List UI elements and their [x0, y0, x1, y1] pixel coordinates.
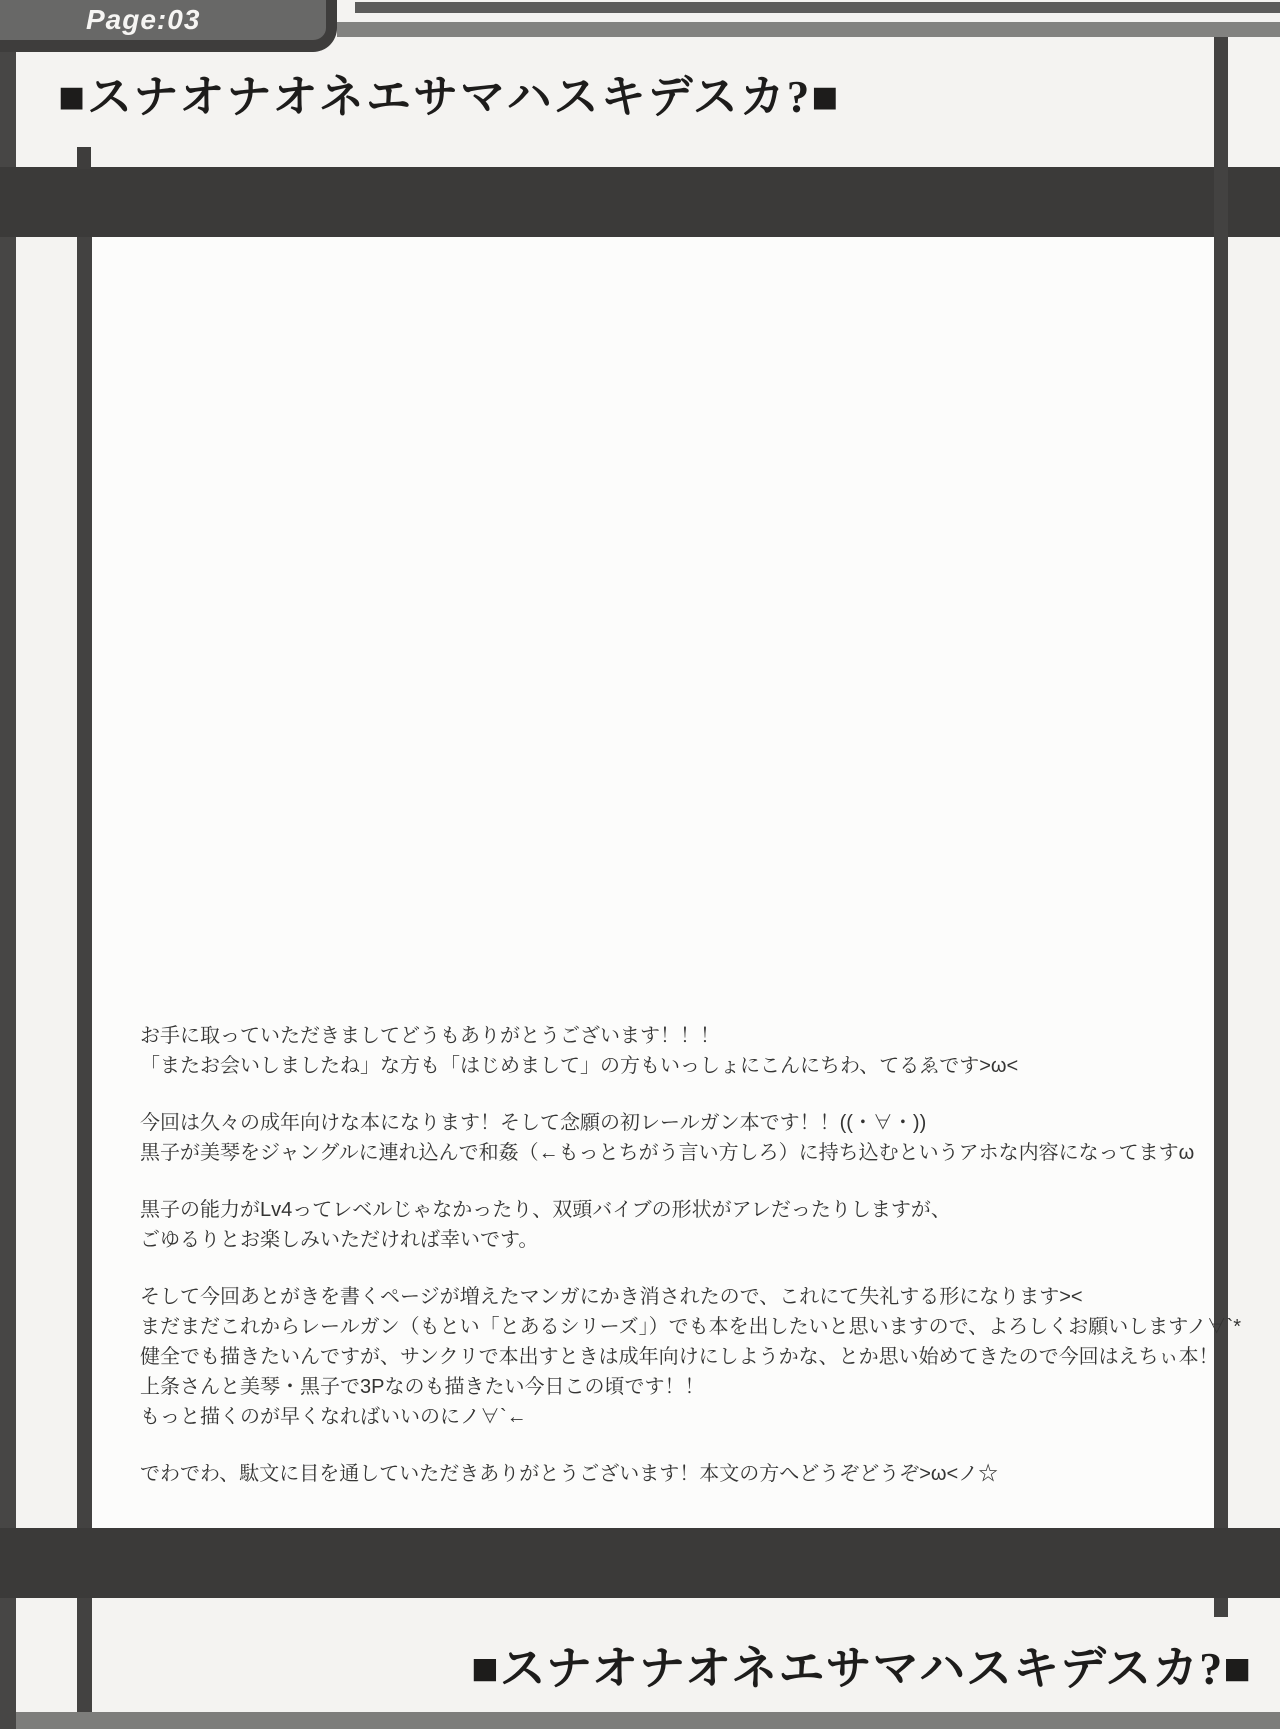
frame-band-top — [0, 167, 1280, 237]
afterword-paragraph: 黒子の能力がLv4ってレベルじゃなかったり、双頭バイブの形状がアレだったりします… — [140, 1195, 1200, 1255]
page-number-tab: Page:03 — [0, 0, 337, 52]
afterword-text: お手に取っていただきましてどうもありがとうございます！！！ 「またお会いしました… — [140, 1021, 1200, 1516]
afterword-paragraph: でわでわ、駄文に目を通していただきありがとうございます！本文の方へどうぞどうぞ>… — [140, 1459, 1200, 1489]
top-rule-gray — [337, 22, 1280, 37]
afterword-line: 健全でも描きたいんですが、サンクリで本出すときは成年向けにしようかな、とか思い始… — [140, 1342, 1200, 1372]
page-title-top: ■スナオナオネエサマハスキデスカ?■ — [58, 60, 840, 125]
afterword-line: もっと描くのが早くなればいいのにノ∀`← — [140, 1402, 1200, 1432]
afterword-line: お手に取っていただきましてどうもありがとうございます！！！ — [140, 1021, 1200, 1051]
scanned-doujin-page: Page:03 ■スナオナオネエサマハスキデスカ?■ お手に取っていただきまして… — [0, 0, 1280, 1729]
afterword-line: でわでわ、駄文に目を通していただきありがとうございます！本文の方へどうぞどうぞ>… — [140, 1459, 1200, 1489]
bottom-rule-gray — [16, 1712, 1280, 1729]
afterword-paragraph: お手に取っていただきましてどうもありがとうございます！！！ 「またお会いしました… — [140, 1021, 1200, 1081]
afterword-paragraph: そして今回あとがきを書くページが増えたマンガにかき消されたので、これにて失礼する… — [140, 1282, 1200, 1432]
frame-line-left — [77, 237, 92, 1712]
afterword-line: 上条さんと美琴・黒子で3Pなのも描きたい今日この頃です！！ — [140, 1372, 1200, 1402]
afterword-line: そして今回あとがきを書くページが増えたマンガにかき消されたので、これにて失礼する… — [140, 1282, 1200, 1312]
left-edge-bar — [0, 0, 16, 1729]
frame-tick-top — [77, 147, 91, 169]
afterword-line: 今回は久々の成年向けな本になります！そして念願の初レールガン本です！！((・∀・… — [140, 1108, 1200, 1138]
page-number-label: Page:03 — [86, 4, 200, 36]
frame-band-bottom — [0, 1528, 1280, 1598]
afterword-paragraph: 今回は久々の成年向けな本になります！そして念願の初レールガン本です！！((・∀・… — [140, 1108, 1200, 1168]
page-title-bottom: ■スナオナオネエサマハスキデスカ?■ — [471, 1632, 1252, 1698]
frame-line-right — [1214, 36, 1228, 1617]
afterword-line: 黒子が美琴をジャングルに連れ込んで和姦（←もっとちがう言い方しろ）に持ち込むとい… — [140, 1138, 1200, 1168]
afterword-line: ごゆるりとお楽しみいただければ幸いです。 — [140, 1225, 1200, 1255]
top-rule-dark — [355, 2, 1280, 13]
afterword-line: 「またお会いしましたね」な方も「はじめまして」の方もいっしょにこんにちわ、てるゑ… — [140, 1051, 1200, 1081]
afterword-line: 黒子の能力がLv4ってレベルじゃなかったり、双頭バイブの形状がアレだったりします… — [140, 1195, 1200, 1225]
afterword-line: まだまだこれからレールガン（もとい「とあるシリーズ」）でも本を出したいと思います… — [140, 1312, 1200, 1342]
